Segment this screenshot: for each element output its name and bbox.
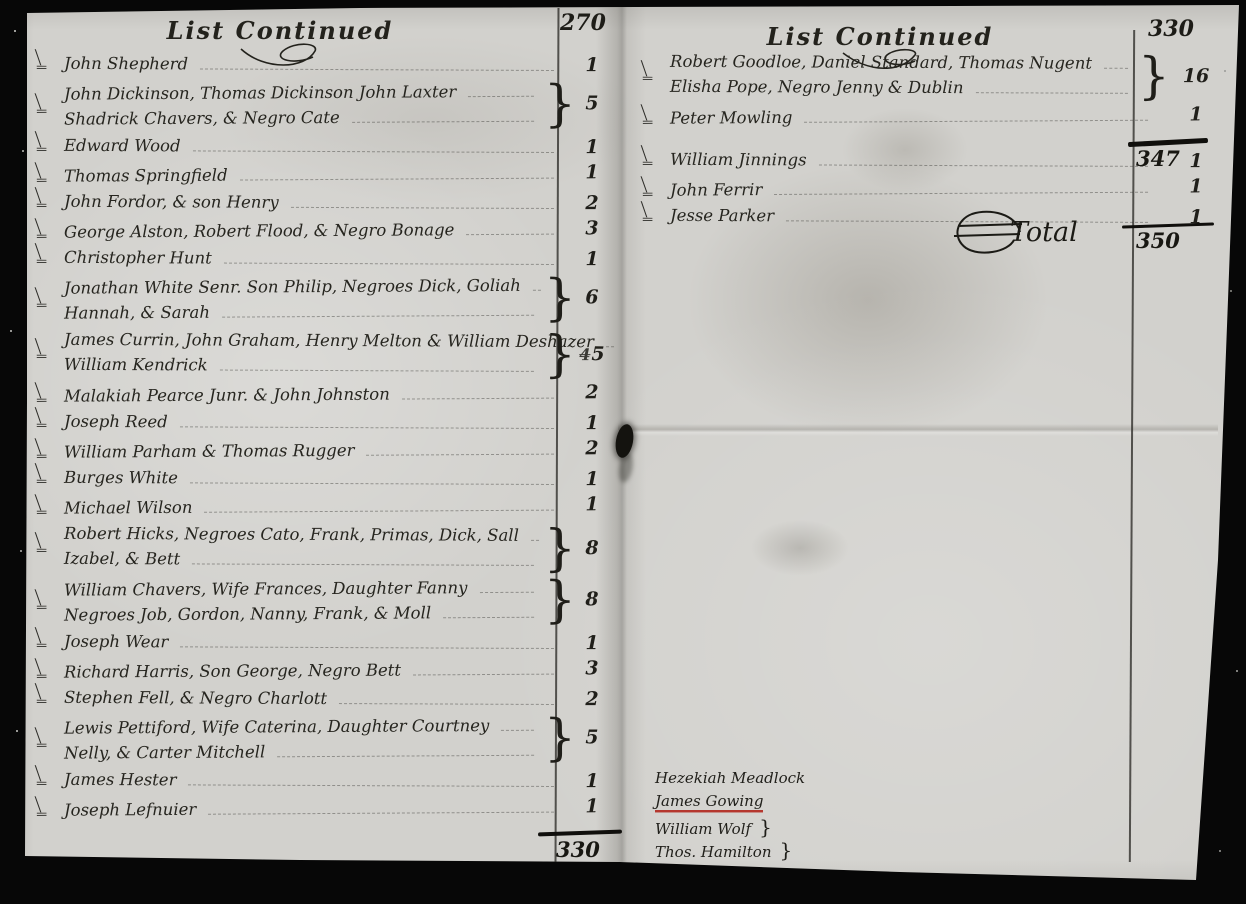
dash-mark-icon: = <box>641 118 653 127</box>
entry-names: Edward Wood <box>64 132 564 159</box>
dash-mark-icon: = <box>35 810 47 819</box>
entry-names: Lewis Pettiford, Wife Caterina, Daughter… <box>64 713 544 766</box>
list-entry-row: ╲ = Jonathan White Senr. Son Philip, Neg… <box>34 270 620 328</box>
check-mark: ╲ = <box>34 192 64 210</box>
entry-name-line2: Izabel, & Bett <box>64 546 180 572</box>
entry-count: 3 <box>564 657 620 679</box>
dash-mark-icon: = <box>35 63 47 72</box>
entry-count: 16 <box>1158 65 1234 87</box>
signature-line: William Wolf } <box>655 815 805 838</box>
entry-names: John Fordor, & son Henry <box>64 188 564 215</box>
dotted-leader <box>774 190 1148 194</box>
entry-count: 1 <box>564 632 620 654</box>
dash-mark-icon: = <box>35 421 47 430</box>
entry-name: Joseph Wear <box>64 628 168 653</box>
list-entry-row: ╲ = John Shepherd } 1 <box>34 49 620 80</box>
entry-name-line2: Shadrick Chavers, & Negro Cate <box>64 105 340 132</box>
dash-mark-icon: = <box>35 603 47 612</box>
entry-names: Robert Goodloe, Daniel Standard, Thomas … <box>670 49 1138 101</box>
entry-names: Michael Wilson <box>64 492 564 520</box>
entry-count: 1 <box>564 136 620 158</box>
check-mark: ╲ = <box>34 688 64 706</box>
check-mark: ╲ = <box>34 468 64 486</box>
list-entry-row: ╲ = Malakiah Pearce Junr. & John Johnsto… <box>34 378 620 410</box>
check-mark: ╲ = <box>640 150 670 168</box>
entry-names: James Currin, John Graham, Henry Melton … <box>64 327 544 379</box>
group-bracket: } <box>544 329 564 379</box>
signature-name: Hezekiah Meadlock <box>655 769 805 787</box>
entry-name: Robert Hicks, Negroes Cato, Frank, Prima… <box>64 521 519 548</box>
dash-mark-icon: = <box>35 301 47 310</box>
dotted-leader <box>339 702 554 705</box>
entry-names: Richard Harris, Son George, Negro Bett <box>64 656 564 684</box>
entry-name: Christopher Hunt <box>64 244 212 270</box>
dotted-leader <box>220 369 534 372</box>
signature-line: James Gowing } <box>655 792 805 815</box>
group-bracket: } <box>544 713 564 763</box>
dash-mark-icon: = <box>641 190 653 199</box>
right-entry-list: ╲ = Robert Goodloe, Daniel Standard, Tho… <box>640 48 1234 230</box>
dash-mark-icon: = <box>35 546 47 555</box>
dash-mark-icon: = <box>35 697 47 706</box>
check-mark: ╲ = <box>640 109 670 127</box>
check-mark: ╲ = <box>34 499 64 517</box>
entry-name-line2: Nelly, & Carter Mitchell <box>64 739 265 765</box>
dash-mark-icon: = <box>641 159 653 168</box>
entry-names: Thomas Springfield <box>64 160 564 188</box>
dotted-leader <box>366 452 554 455</box>
entry-names: Malakiah Pearce Junr. & John Johnston <box>64 380 564 408</box>
dotted-leader <box>180 645 554 649</box>
entry-name: Lewis Pettiford, Wife Caterina, Daughter… <box>64 713 489 741</box>
entry-name-line2: William Kendrick <box>64 352 208 378</box>
list-entry-row: ╲ = Lewis Pettiford, Wife Caterina, Daug… <box>34 710 620 768</box>
entry-count: 1 <box>564 54 620 76</box>
list-entry-row: ╲ = Stephen Fell, & Negro Charlott } 2 <box>34 683 620 714</box>
entry-name: Joseph Reed <box>64 408 168 433</box>
dotted-leader <box>531 539 539 541</box>
entry-count: 45 <box>564 343 620 365</box>
list-entry-row: ╲ = Joseph Wear } 1 <box>34 627 620 658</box>
dotted-leader <box>468 95 534 97</box>
check-mark: ╲ = <box>34 663 64 681</box>
horizontal-crease <box>618 424 1218 436</box>
dotted-leader <box>804 118 1148 122</box>
dotted-leader <box>352 120 534 123</box>
dash-mark-icon: = <box>35 232 47 241</box>
list-entry-row: ╲ = George Alston, Robert Flood, & Negro… <box>34 214 620 246</box>
entry-name: John Fordor, & son Henry <box>64 188 279 214</box>
entry-count: 6 <box>564 286 620 308</box>
left-entry-list: ╲ = John Shepherd } 1 ╲ = <box>34 50 620 822</box>
dotted-leader <box>204 508 554 512</box>
list-entry-row: ╲ = Thomas Springfield } 1 <box>34 158 620 190</box>
group-bracket: } <box>544 523 564 573</box>
list-entry-row: ╲ = Joseph Reed } 1 <box>34 407 620 438</box>
check-mark: ╲ = <box>34 136 64 154</box>
list-entry-row: ╲ = Robert Hicks, Negroes Cato, Frank, P… <box>34 519 620 576</box>
check-mark: ╲ = <box>34 412 64 430</box>
entry-name: Robert Goodloe, Daniel Standard, Thomas … <box>670 49 1092 76</box>
entry-names: Jesse Parker <box>670 202 1158 229</box>
entry-names: Christopher Hunt <box>64 244 564 271</box>
list-entry-row: ╲ = Peter Mowling } 1 <box>640 100 1234 132</box>
check-mark: ╲ = <box>34 292 64 310</box>
entry-names: Jonathan White Senr. Son Philip, Negroes… <box>64 273 544 326</box>
entry-name-line2: Negroes Job, Gordon, Nanny, Frank, & Mol… <box>64 600 431 627</box>
list-entry-row: ╲ = John Fordor, & son Henry } 2 <box>34 187 620 218</box>
entry-name: Thomas Springfield <box>64 162 228 188</box>
entry-names: William Parham & Thomas Rugger <box>64 436 564 464</box>
signature-bracket: } <box>759 815 772 839</box>
dotted-leader <box>224 261 554 264</box>
dash-mark-icon: = <box>35 176 47 185</box>
dust-speckles <box>14 30 16 32</box>
entry-name: Edward Wood <box>64 132 181 158</box>
list-entry-row: ╲ = William Parham & Thomas Rugger } 2 <box>34 434 620 466</box>
dotted-leader <box>466 232 554 235</box>
signature-name: William Wolf <box>655 820 751 838</box>
entry-names: George Alston, Robert Flood, & Negro Bon… <box>64 216 564 244</box>
dotted-leader <box>180 425 554 429</box>
right-column-total: 350 <box>1136 228 1180 253</box>
dotted-leader <box>277 754 534 758</box>
dash-mark-icon: = <box>35 145 47 154</box>
entry-count: 5 <box>564 92 620 114</box>
entry-count: 2 <box>564 192 620 214</box>
entry-name: William Chavers, Wife Frances, Daughter … <box>64 575 468 602</box>
dotted-leader <box>819 163 1148 166</box>
left-column-total: 330 <box>556 837 600 862</box>
dash-mark-icon: = <box>35 741 47 750</box>
check-mark: ╲ = <box>34 770 64 788</box>
entry-name: John Ferrir <box>670 177 762 203</box>
signature-name: James Gowing <box>655 792 763 812</box>
dotted-leader <box>200 67 554 71</box>
list-entry-row: ╲ = Christopher Hunt } 1 <box>34 243 620 274</box>
dash-mark-icon: = <box>35 452 47 461</box>
entry-names: Burges White <box>64 464 564 491</box>
dotted-leader <box>188 783 554 787</box>
entry-name: James Hester <box>64 766 177 791</box>
group-bracket: } <box>544 273 564 323</box>
right-page-number: 330 <box>1148 16 1194 42</box>
entry-names: John Shepherd <box>64 50 564 77</box>
check-mark: ╲ = <box>34 594 64 612</box>
signature-line: Hezekiah Meadlock } <box>655 769 805 792</box>
dotted-leader <box>413 672 554 675</box>
left-carry-number: 270 <box>560 10 606 36</box>
check-mark: ╲ = <box>34 443 64 461</box>
list-entry-row: ╲ = Michael Wilson } 1 <box>34 490 620 522</box>
check-mark: ╲ = <box>34 223 64 241</box>
entry-name: John Shepherd <box>64 50 188 76</box>
dotted-leader <box>192 562 534 565</box>
dotted-leader <box>240 176 554 180</box>
dotted-leader <box>208 810 554 814</box>
entry-count: 1 <box>564 161 620 183</box>
total-label: Total <box>950 206 1078 258</box>
dash-mark-icon: = <box>35 396 47 405</box>
dotted-leader <box>1104 67 1128 69</box>
entry-count: 5 <box>564 726 620 748</box>
entry-count: 1 <box>564 412 620 434</box>
entry-count: 1 <box>564 493 620 515</box>
dash-mark-icon: = <box>641 74 653 83</box>
check-mark: ╲ = <box>34 98 64 116</box>
list-entry-row: ╲ = William Chavers, Wife Frances, Daugh… <box>34 572 620 630</box>
entry-names: William Jinnings <box>670 146 1158 173</box>
entry-names: Stephen Fell, & Negro Charlott <box>64 684 564 711</box>
entry-names: Robert Hicks, Negroes Cato, Frank, Prima… <box>64 521 544 573</box>
list-entry-row: ╲ = James Currin, John Graham, Henry Mel… <box>34 325 620 382</box>
entry-name: Burges White <box>64 464 178 489</box>
list-entry-row: ╲ = Burges White } 1 <box>34 463 620 494</box>
dotted-leader <box>193 149 554 153</box>
dash-mark-icon: = <box>35 508 47 517</box>
check-mark: ╲ = <box>34 343 64 361</box>
dotted-leader <box>222 314 534 318</box>
list-entry-row: ╲ = James Hester } 1 <box>34 765 620 796</box>
entry-name-line2: Elisha Pope, Negro Jenny & Dublin <box>670 74 964 100</box>
group-bracket: } <box>544 575 564 625</box>
list-entry-row: ╲ = Robert Goodloe, Daniel Standard, Tho… <box>640 47 1234 104</box>
entry-count: 1 <box>1158 103 1234 125</box>
entry-name: Jonathan White Senr. Son Philip, Negroes… <box>64 273 521 301</box>
right-subtotal: 347 <box>1136 146 1180 171</box>
check-mark: ╲ = <box>34 632 64 650</box>
dotted-leader <box>501 729 534 731</box>
entry-name-line2: Hannah, & Sarah <box>64 300 210 326</box>
entry-name: William Parham & Thomas Rugger <box>64 437 355 464</box>
dash-mark-icon: = <box>35 107 47 116</box>
entry-count: 8 <box>564 537 620 559</box>
entry-name: Peter Mowling <box>670 104 793 130</box>
check-mark: ╲ = <box>34 167 64 185</box>
left-header-label: List Continued <box>167 16 394 45</box>
dotted-leader <box>443 616 534 619</box>
check-mark: ╲ = <box>640 65 670 83</box>
dotted-leader <box>975 91 1127 94</box>
entry-names: John Ferrir <box>670 174 1158 202</box>
list-entry-row: ╲ = Joseph Lefnuier } 1 <box>34 792 620 824</box>
entry-name: George Alston, Robert Flood, & Negro Bon… <box>64 217 455 244</box>
entry-names: Joseph Wear <box>64 628 564 655</box>
dash-mark-icon: = <box>35 641 47 650</box>
check-mark: ╲ = <box>640 181 670 199</box>
dotted-leader <box>402 396 554 399</box>
dash-mark-icon: = <box>35 477 47 486</box>
entry-name: James Currin, John Graham, Henry Melton … <box>64 327 594 354</box>
signature-bracket: } <box>780 838 793 862</box>
group-bracket: } <box>1138 51 1158 101</box>
entry-count: 1 <box>564 795 620 817</box>
entry-names: James Hester <box>64 766 564 793</box>
dotted-leader <box>190 481 554 485</box>
dash-mark-icon: = <box>35 352 47 361</box>
entry-count: 3 <box>564 217 620 239</box>
signature-block: Hezekiah Meadlock } James Gowing } Willi… <box>655 769 805 861</box>
list-entry-row: ╲ = Edward Wood } 1 <box>34 131 620 162</box>
dotted-leader <box>533 289 541 291</box>
entry-name: Malakiah Pearce Junr. & John Johnston <box>64 381 390 408</box>
entry-count: 1 <box>564 770 620 792</box>
signature-name: Thos. Hamilton <box>655 843 772 861</box>
entry-name: Joseph Lefnuier <box>64 796 196 822</box>
entry-names: William Chavers, Wife Frances, Daughter … <box>64 575 544 628</box>
dash-mark-icon: = <box>35 672 47 681</box>
entry-name: Richard Harris, Son George, Negro Bett <box>64 657 401 684</box>
dotted-leader <box>479 591 533 593</box>
entry-name: William Jinnings <box>670 146 807 172</box>
dash-mark-icon: = <box>35 779 47 788</box>
entry-count: 2 <box>564 688 620 710</box>
entry-names: Peter Mowling <box>670 102 1158 130</box>
entry-count: 1 <box>564 468 620 490</box>
check-mark: ╲ = <box>34 248 64 266</box>
total-word: Total <box>1010 217 1078 248</box>
entry-name: John Dickinson, Thomas Dickinson John La… <box>64 79 456 106</box>
entry-name: Stephen Fell, & Negro Charlott <box>64 684 327 710</box>
entry-count: 1 <box>564 248 620 270</box>
check-mark: ╲ = <box>34 732 64 750</box>
dash-mark-icon: = <box>641 215 653 224</box>
entry-names: Joseph Reed <box>64 408 564 435</box>
check-mark: ╲ = <box>640 206 670 224</box>
entry-count: 2 <box>564 437 620 459</box>
entry-names: Joseph Lefnuier <box>64 794 564 822</box>
entry-name: Michael Wilson <box>64 494 193 520</box>
list-entry-row: ╲ = Richard Harris, Son George, Negro Be… <box>34 654 620 686</box>
dash-mark-icon: = <box>35 201 47 210</box>
entry-name: Jesse Parker <box>670 202 774 227</box>
signature-line: Thos. Hamilton } <box>655 838 805 861</box>
entry-count: 1 <box>1158 175 1234 197</box>
entry-count: 8 <box>564 588 620 610</box>
check-mark: ╲ = <box>34 801 64 819</box>
dash-mark-icon: = <box>35 257 47 266</box>
list-entry-row: ╲ = John Ferrir } 1 <box>640 172 1234 204</box>
check-mark: ╲ = <box>34 387 64 405</box>
group-bracket: } <box>544 79 564 129</box>
check-mark: ╲ = <box>34 537 64 555</box>
entry-count: 2 <box>564 381 620 403</box>
list-entry-row: ╲ = John Dickinson, Thomas Dickinson Joh… <box>34 76 620 134</box>
struck-count: 4 <box>579 345 590 364</box>
check-mark: ╲ = <box>34 54 64 72</box>
dotted-leader <box>291 205 554 208</box>
entry-names: John Dickinson, Thomas Dickinson John La… <box>64 79 544 132</box>
